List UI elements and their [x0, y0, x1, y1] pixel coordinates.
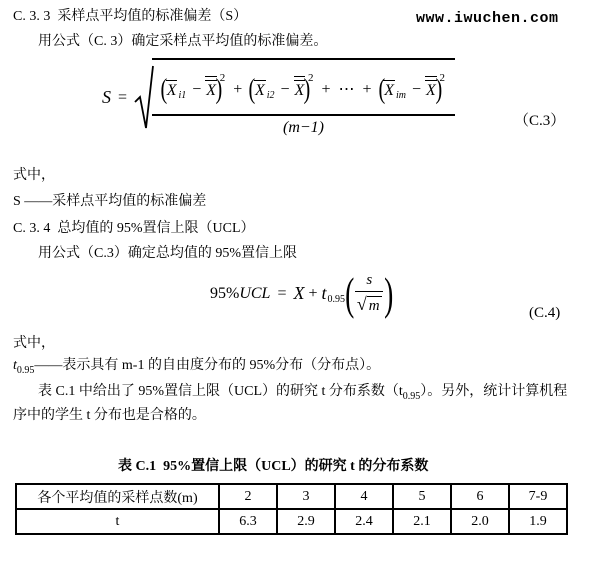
t095-definition: t0.95——表示具有 m-1 的自由度分布的 95%分布（分布点）。: [13, 358, 380, 379]
squared-term-m: (Xim−X)2: [380, 81, 445, 98]
s-over-sqrt-m-fraction: s √m: [355, 272, 383, 315]
plus-sign: +: [363, 81, 372, 98]
open-paren: (: [249, 77, 256, 101]
subscript-im: im: [396, 90, 406, 101]
open-paren: (: [378, 77, 385, 101]
watermark-url: www.iwuchen.com: [416, 10, 559, 27]
prefix-95-percent: 95%: [210, 285, 239, 303]
table-intro-line1: 表 C.1 中给出了 95%置信上限（UCL）的研究 t 分布系数（t0.95）…: [38, 384, 567, 405]
document-page: C. 3. 3 采样点平均值的标准偏差（S） www.iwuchen.com 用…: [0, 0, 609, 562]
fraction-denominator-sqrt-m: √m: [357, 292, 382, 315]
table-intro-line2: 序中的学生 t 分布也是合格的。: [13, 408, 206, 424]
fraction-numerator-s: s: [355, 272, 383, 292]
column-m-7-9: 7-9: [509, 484, 567, 509]
t-distribution-table: 各个平均值的采样点数(m) 2 3 4 5 6 7-9 t 6.3 2.9 2.…: [15, 483, 568, 535]
t-value-1: 6.3: [219, 509, 277, 534]
subscript-i2: i2: [267, 90, 275, 101]
t-subscript: 0.95: [328, 294, 346, 305]
t-symbol: t: [322, 283, 327, 304]
sqrt-content: (Xi1−X)2 + (Xi2−X)2 + ⋯ + (Xim−X)2 (m−1): [152, 58, 455, 137]
t-subscript: 0.95: [17, 365, 35, 376]
column-m-2: 2: [219, 484, 277, 509]
t-value-3: 2.4: [335, 509, 393, 534]
x-bar: X: [166, 80, 178, 98]
paragraph-use-formula-c3-ucl: 用公式（C.3）确定总均值的 95%置信上限: [38, 246, 297, 262]
column-m-3: 3: [277, 484, 335, 509]
minus-sign: −: [192, 81, 201, 98]
formula-c4: 95%UCL = X + t0.95 ( s √m ): [210, 272, 393, 315]
table-header-row: 各个平均值的采样点数(m) 2 3 4 5 6 7-9: [16, 484, 567, 509]
formula-c3-lhs: S: [102, 87, 111, 108]
section-334-heading: C. 3. 4 总均值的 95%置信上限（UCL）: [13, 221, 255, 237]
t095-definition-text: ——表示具有 m-1 的自由度分布的 95%分布（分布点）。: [34, 358, 380, 373]
plus-sign: +: [308, 285, 317, 303]
x-mean-symbol: X: [293, 283, 304, 304]
table-value-row: t 6.3 2.9 2.4 2.1 2.0 1.9: [16, 509, 567, 534]
header-label-cell: 各个平均值的采样点数(m): [16, 484, 219, 509]
where-clause-2: 式中，: [13, 336, 55, 352]
close-paren: ): [216, 77, 223, 101]
squared-term-1: (Xi1−X)2: [162, 81, 225, 98]
formula-c3-denominator: (m−1): [152, 116, 455, 137]
section-333-heading: C. 3. 3 采样点平均值的标准偏差（S）: [13, 9, 247, 25]
radical-sign-icon: [134, 65, 154, 131]
open-paren: (: [160, 77, 167, 101]
minus-sign: −: [281, 81, 290, 98]
plus-sign: +: [322, 81, 331, 98]
t-subscript: 0.95: [403, 391, 421, 402]
paragraph-use-formula-c3: 用公式（C. 3）确定采样点平均值的标准偏差。: [38, 34, 327, 50]
table-intro-text-b: ）。另外，统计计算机程: [420, 384, 567, 399]
table-intro-text-a: 表 C.1 中给出了 95%置信上限（UCL）的研究 t 分布系数（t: [38, 384, 403, 399]
m-under-radical: m: [367, 296, 382, 315]
subscript-i1: i1: [178, 90, 186, 101]
minus-sign: −: [412, 81, 421, 98]
table-caption: 表 C.1 95%置信上限（UCL）的研究 t 的分布系数: [118, 459, 428, 475]
s-definition: S ——采样点平均值的标准偏差: [13, 194, 206, 210]
t-value-2: 2.9: [277, 509, 335, 534]
t-value-4: 2.1: [393, 509, 451, 534]
equation-label-c4: (C.4): [529, 305, 560, 322]
cdots: ⋯: [339, 81, 355, 98]
column-m-6: 6: [451, 484, 509, 509]
column-m-4: 4: [335, 484, 393, 509]
small-radical-sign: √: [357, 294, 367, 314]
formula-c3-numerator: (Xi1−X)2 + (Xi2−X)2 + ⋯ + (Xim−X)2: [152, 62, 455, 116]
ucl-symbol: UCL: [239, 285, 270, 303]
close-paren: ): [435, 77, 442, 101]
big-open-paren: (: [345, 274, 354, 314]
column-m-5: 5: [393, 484, 451, 509]
equals-sign: =: [118, 89, 127, 107]
plus-sign: +: [233, 81, 242, 98]
x-bar: X: [254, 80, 266, 98]
row-label-t: t: [16, 509, 219, 534]
equation-label-c3: （C.3）: [514, 109, 565, 130]
where-clause-1: 式中，: [13, 168, 55, 184]
squared-term-2: (Xi2−X)2: [250, 81, 313, 98]
big-close-paren: ): [384, 274, 393, 314]
formula-c3: S = (Xi1−X)2 + (Xi2−X)2 + ⋯ + (Xim−X)2 (…: [102, 58, 455, 137]
close-paren: ): [304, 77, 311, 101]
t-value-6: 1.9: [509, 509, 567, 534]
t-value-5: 2.0: [451, 509, 509, 534]
equals-sign: =: [277, 285, 286, 303]
